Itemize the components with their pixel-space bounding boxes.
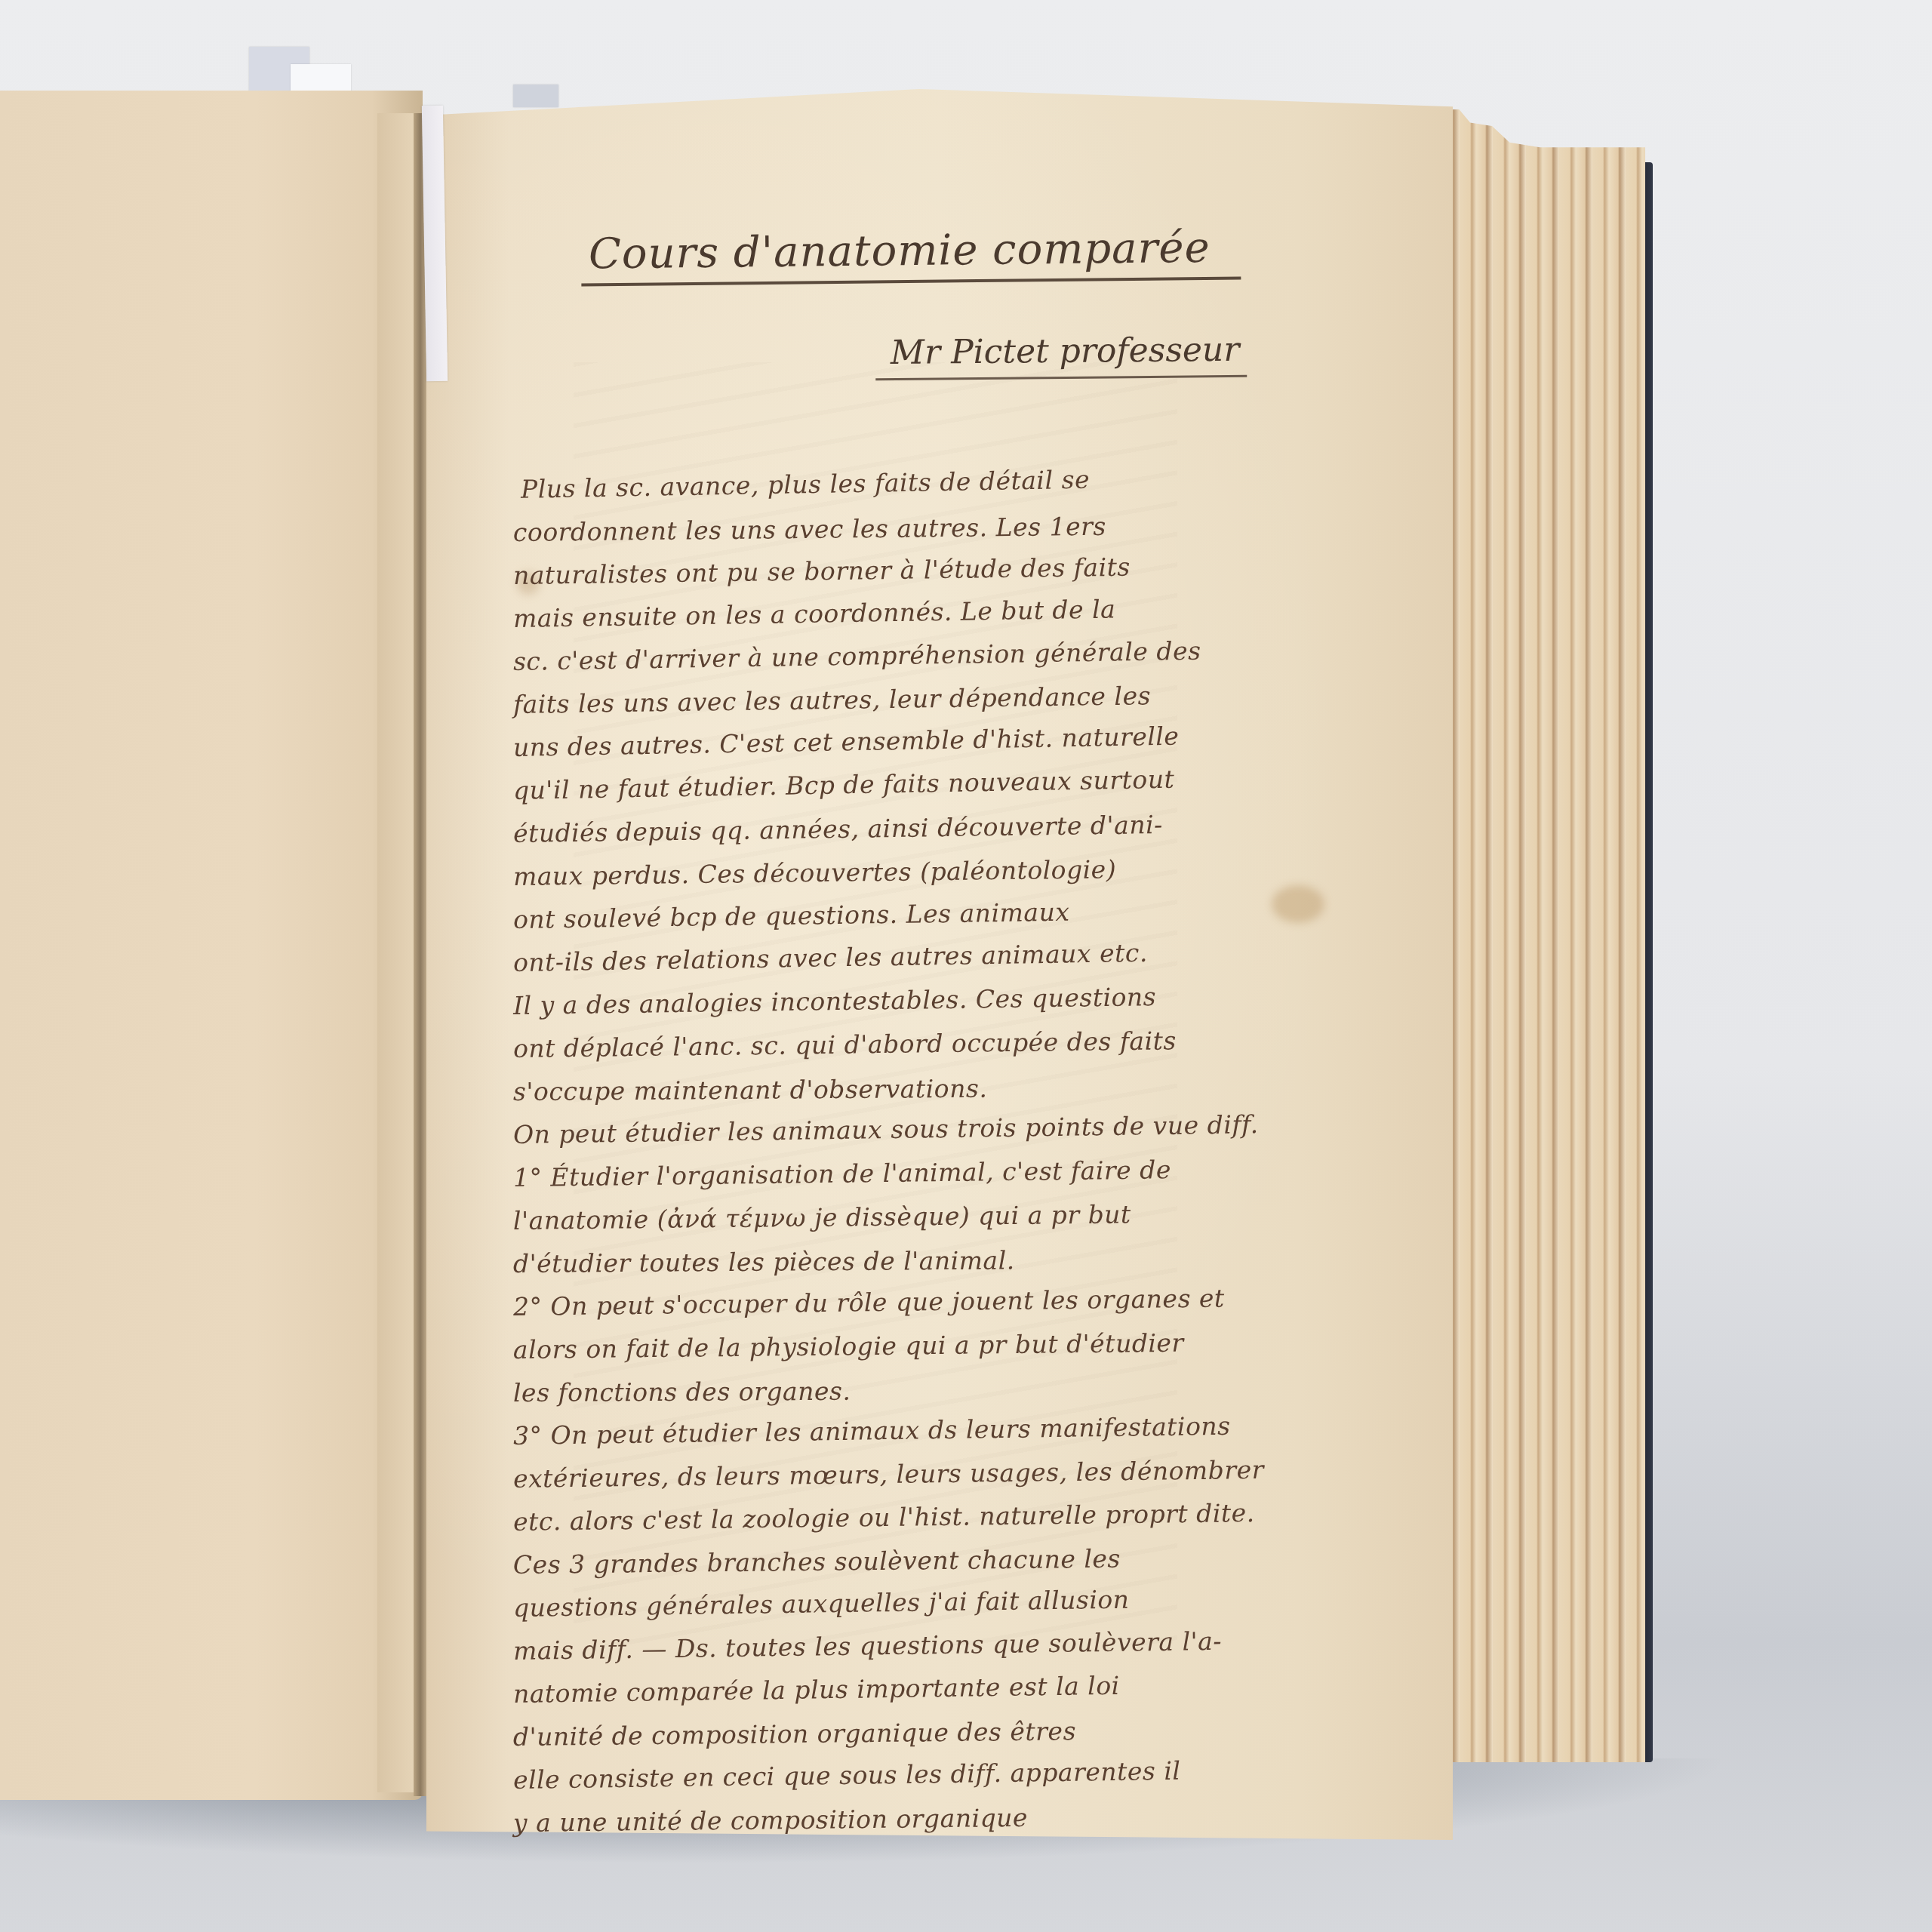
bookmark-tab xyxy=(513,85,558,107)
text-line-physiologie: alors on fait de la physiologie qui a pr… xyxy=(513,1321,1216,1371)
scene: Cours d'anatomie comparée Mr Pictet prof… xyxy=(0,0,1932,1932)
text-line: 2° On peut s'occuper du rôle que jouent … xyxy=(513,1277,1216,1328)
text-line: elle consiste en ceci que sous les diff.… xyxy=(513,1749,1216,1801)
manuscript-body: Plus la sc. avance, plus les faits de dé… xyxy=(513,468,1215,1844)
left-page xyxy=(0,91,423,1800)
book-gutter xyxy=(414,113,427,1796)
text-line: ont déplacé l'anc. sc. qui d'abord occup… xyxy=(513,1019,1216,1070)
foxing-stain xyxy=(1272,885,1324,923)
page-block-edge xyxy=(1426,109,1645,1762)
professor-line: Mr Pictet professeur xyxy=(875,331,1247,380)
manuscript-title: Cours d'anatomie comparée xyxy=(581,223,1241,286)
text-line-anatomie: l'anatomie (ἀνά τέμνω je dissèque) qui a… xyxy=(513,1192,1216,1242)
text-line: 1° Étudier l'organisation de l'animal, c… xyxy=(513,1148,1216,1199)
text-line: y a une unité de composition organique xyxy=(513,1794,1216,1844)
text-line-zoologie: etc. alors c'est la zoologie ou l'hist. … xyxy=(513,1492,1216,1543)
text-line: natomie comparée la plus importante est … xyxy=(513,1663,1216,1715)
